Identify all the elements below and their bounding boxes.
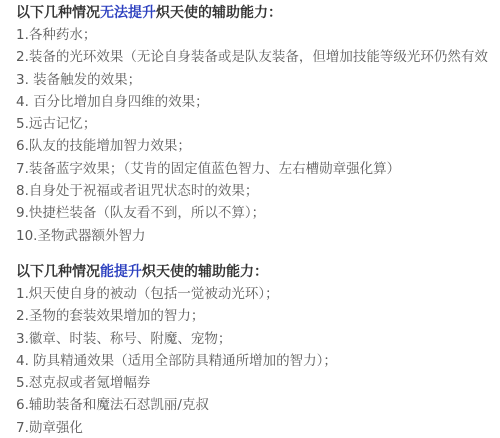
heading-suffix: 炽天使的辅助能力： [156, 5, 282, 21]
list-item: 6.辅助装备和魔法石怼凯丽/克叔 [16, 394, 500, 416]
list-item: 1.炽天使自身的被动（包括一觉被动光环）； [16, 283, 500, 305]
list-item: 4. 防具精通效果（适用全部防具精通所增加的智力）； [16, 350, 500, 372]
list-item: 3. 装备触发的效果； [16, 69, 500, 91]
document: 以下几种情况无法提升炽天使的辅助能力： 1.各种药水； 2.装备的光环效果（无论… [0, 0, 500, 438]
heading-prefix: 以下几种情况 [16, 264, 100, 280]
heading-suffix: 炽天使的辅助能力： [142, 264, 268, 280]
can-increase-section: 以下几种情况能提升炽天使的辅助能力： 1.炽天使自身的被动（包括一觉被动光环）；… [16, 261, 500, 438]
heading-highlight: 能提升 [100, 264, 142, 280]
section-heading: 以下几种情况能提升炽天使的辅助能力： [16, 261, 500, 283]
list-item: 2.圣物的套装效果增加的智力； [16, 305, 500, 327]
list-item: 6.队友的技能增加智力效果； [16, 135, 500, 157]
list-item: 10.圣物武器额外智力 [16, 225, 500, 247]
list-item: 2.装备的光环效果（无论自身装备或是队友装备，但增加技能等级光环仍然有效 [16, 46, 500, 68]
list-item: 5.远古记忆； [16, 113, 500, 135]
list-item: 3.徽章、时装、称号、附魔、宠物； [16, 328, 500, 350]
list-item: 7.勋章强化 [16, 417, 500, 438]
list-item: 7.装备蓝字效果；（艾肯的固定值蓝色智力、左右槽勋章强化算） [16, 158, 500, 180]
list-item: 8.自身处于祝福或者诅咒状态时的效果； [16, 180, 500, 202]
section-heading: 以下几种情况无法提升炽天使的辅助能力： [16, 2, 500, 24]
list-item: 5.怼克叔或者氪增幅券 [16, 372, 500, 394]
cannot-increase-section: 以下几种情况无法提升炽天使的辅助能力： 1.各种药水； 2.装备的光环效果（无论… [16, 2, 500, 247]
list-item: 9.快捷栏装备（队友看不到，所以不算）； [16, 202, 500, 224]
list-item: 4. 百分比增加自身四维的效果； [16, 91, 500, 113]
heading-prefix: 以下几种情况 [16, 5, 100, 21]
list-item: 1.各种药水； [16, 24, 500, 46]
heading-highlight: 无法提升 [100, 5, 156, 21]
